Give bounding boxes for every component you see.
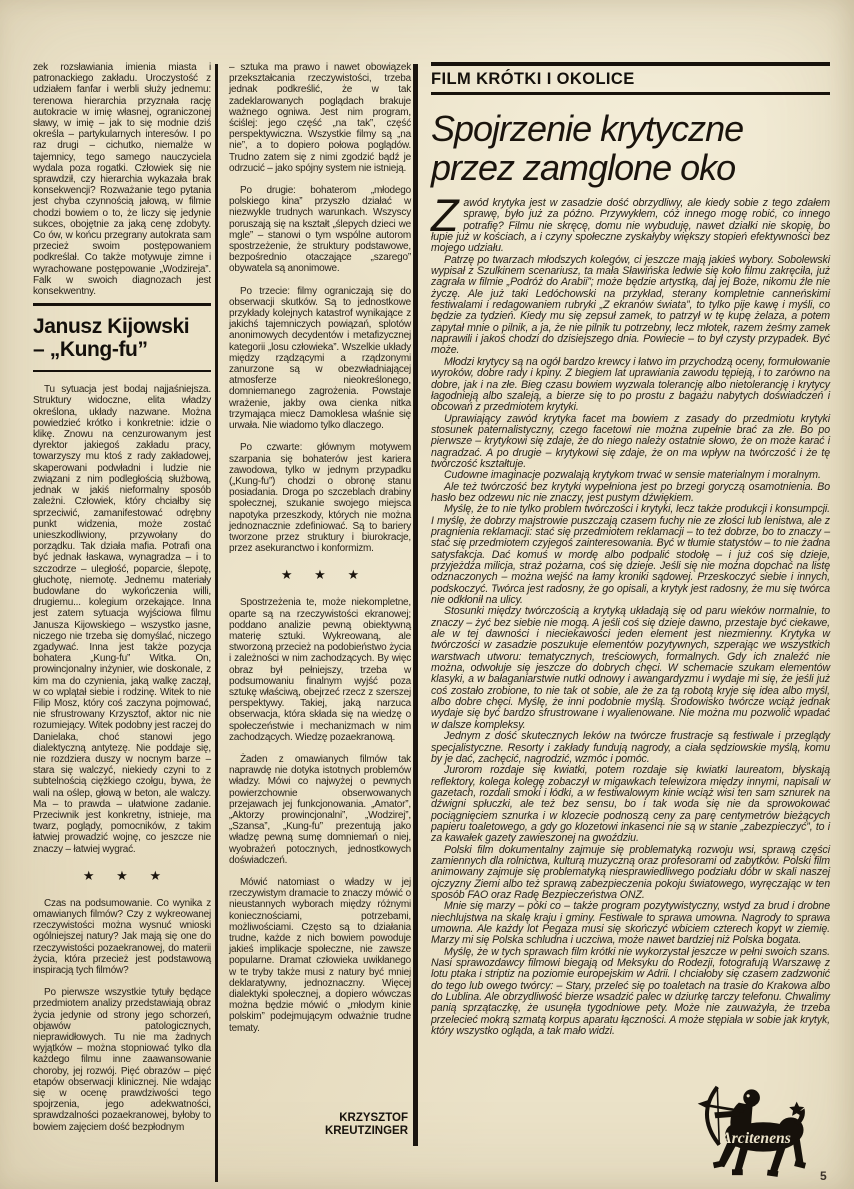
author-byline: KRZYSZTOF KREUTZINGER [229, 1112, 411, 1139]
body-paragraph: Mówić natomiast o władzy w jej rzeczywis… [229, 877, 411, 1034]
author-line: KREUTZINGER [229, 1125, 408, 1139]
article-body: Zawód krytyka jest w zasadzie dość obrzy… [431, 198, 830, 1037]
middle-column: – sztuka ma prawo i nawet obowiązek prze… [229, 62, 411, 1139]
body-paragraph: Cudowne imaginacje pozwalają krytykom tr… [431, 470, 830, 481]
article-title: Spojrzenie krytyczne przez zamglone oko [431, 109, 830, 187]
column-divider-left [215, 64, 218, 1182]
body-paragraph: Tu sytuacja jest bodaj najjaśniejsza. St… [33, 384, 211, 855]
body-paragraph: Jurorom rozdaje się kwiatki, potem rozda… [431, 765, 830, 844]
centaur-archer-icon: Arcitenens [694, 1084, 818, 1182]
body-paragraph: Polski film dokumentalny zajmuje się pro… [431, 845, 830, 902]
body-paragraph: Żaden z omawianych filmów tak naprawdę n… [229, 754, 411, 866]
article-heading-block: Janusz Kijowski – „Kung-fu” [33, 303, 211, 372]
body-paragraph: Po czwarte: głównym motywem szarpania si… [229, 442, 411, 554]
body-paragraph: – sztuka ma prawo i nawet obowiązek prze… [229, 62, 411, 174]
stars-separator: ★ ★ ★ [229, 567, 411, 583]
column-divider-right [413, 64, 418, 1146]
body-paragraph: Mnie się marzy – póki co – także program… [431, 901, 830, 946]
title-line: Spojrzenie krytyczne [431, 109, 830, 148]
body-paragraph: Stosunki między twórczością a krytyką uk… [431, 606, 830, 731]
body-paragraph: Po pierwsze wszystkie tytuły będące prze… [33, 987, 211, 1133]
body-paragraph: Uprawiający zawód krytyka facet ma bowie… [431, 414, 830, 471]
page-number: 5 [820, 1169, 827, 1183]
body-paragraph: Ale też twórczość bez krytyki wypełniona… [431, 482, 830, 505]
drop-cap: Z [431, 198, 463, 232]
logo-text: Arcitenens [720, 1130, 791, 1147]
body-paragraph: Po trzecie: filmy ograniczają się do obs… [229, 286, 411, 432]
section-kicker-label: FILM KRÓTKI I OKOLICE [431, 70, 635, 88]
stars-separator: ★ ★ ★ [33, 868, 211, 884]
right-column: FILM KRÓTKI I OKOLICE Spojrzenie krytycz… [431, 62, 830, 1037]
horizontal-rule [33, 370, 211, 373]
author-line: KRZYSZTOF [229, 1112, 408, 1126]
paragraph-text: awód krytyka jest w zasadzie dość obrzyd… [431, 197, 830, 254]
body-paragraph: Po drugie: bohaterom „młodego polskiego … [229, 185, 411, 275]
title-line: przez zamglone oko [431, 148, 830, 187]
section-kicker: FILM KRÓTKI I OKOLICE [431, 62, 830, 95]
arcitenens-logo: Arcitenens [694, 1084, 818, 1182]
horizontal-rule [33, 303, 211, 306]
body-paragraph: Czas na podsumowanie. Co wynika z omawia… [33, 898, 211, 976]
body-paragraph: Spostrzeżenia te, może niekompletne, opa… [229, 597, 411, 743]
body-paragraph: Zawód krytyka jest w zasadzie dość obrzy… [431, 198, 830, 255]
body-paragraph: Myślę, że w tych sprawach film krótki ni… [431, 947, 830, 1038]
left-column: zek rozsławiania imienia miasta i patron… [33, 62, 211, 1144]
article-heading-kijowski-kung-fu: Janusz Kijowski – „Kung-fu” [33, 315, 211, 361]
heading-line: Janusz Kijowski [33, 315, 211, 338]
body-paragraph: Młodzi krytycy są na ogół bardzo krewcy … [431, 357, 830, 414]
body-paragraph: Patrzę po twarzach młodszych kolegów, ci… [431, 255, 830, 357]
body-paragraph: Jednym z dość skutecznych leków na twórc… [431, 731, 830, 765]
body-paragraph: zek rozsławiania imienia miasta i patron… [33, 62, 211, 297]
heading-line: – „Kung-fu” [33, 338, 211, 361]
body-paragraph: Myślę, że to nie tylko problem twórczośc… [431, 504, 830, 606]
